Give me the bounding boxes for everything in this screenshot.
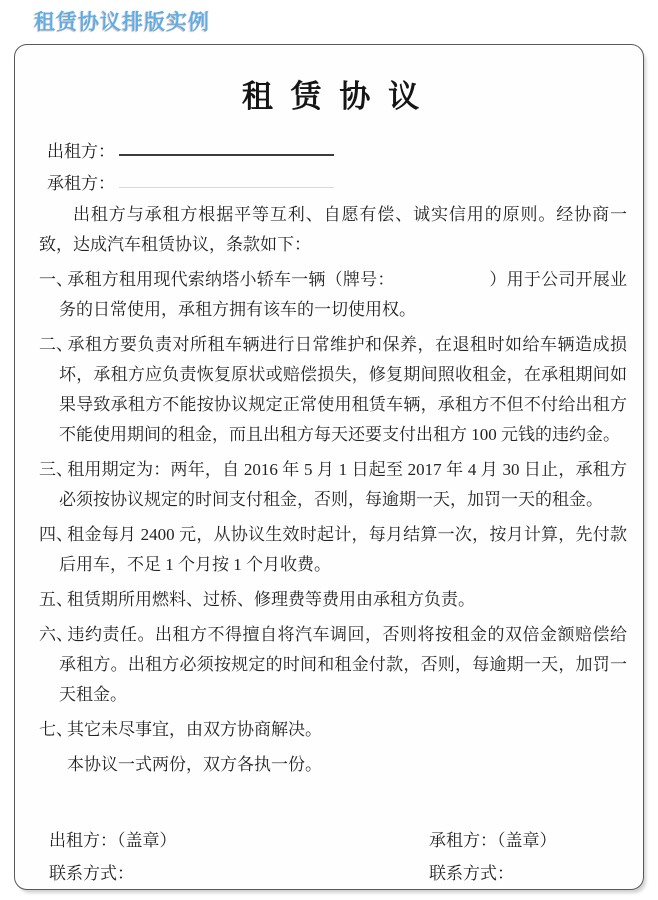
clause-6: 六、违约责任。出租方不得擅自将汽车调回，否则将按租金的双倍金额赔偿给承租方。出租… [39, 620, 627, 710]
lessor-blank-line [119, 154, 334, 156]
document-body: 出租方与承租方根据平等互利、自愿有偿、诚实信用的原则。经协商一致，达成汽车租赁协… [39, 200, 627, 780]
agreement-document: 租 赁 协 议 出租方： 承租方： 出租方与承租方根据平等互利、自愿有偿、诚实信… [14, 44, 644, 890]
document-title: 租 赁 协 议 [39, 71, 627, 116]
clause-4: 四、租金每月 2400 元，从协议生效时起计，每月结算一次，按月计算，先付款后用… [39, 520, 627, 580]
lessee-label: 承租方： [47, 169, 115, 194]
page-title: 租赁协议排版实例 [34, 6, 210, 36]
intro-paragraph: 出租方与承租方根据平等互利、自愿有偿、诚实信用的原则。经协商一致，达成汽车租赁协… [39, 200, 627, 260]
lessee-contact-label: 联系方式： [429, 857, 658, 890]
clause-4-text: 租金每月 2400 元，从协议生效时起计，每月结算一次，按月计算，先付款后用车，… [59, 525, 627, 574]
clause-5: 五、租赁期所用燃料、过桥、修理费等费用由承租方负责。 [39, 585, 627, 615]
lessor-seal-label: 出租方：（盖章） [49, 824, 309, 857]
clause-7: 七、其它未尽事宜，由双方协商解决。 [39, 715, 627, 745]
lessee-row: 承租方： [47, 162, 627, 194]
clause-3-marker: 三、 [39, 455, 67, 485]
clause-1-marker: 一、 [39, 265, 67, 295]
lessor-contact-label: 联系方式： [49, 857, 309, 890]
lessor-label: 出租方： [47, 137, 115, 162]
clause-2: 二、承租方要负责对所租车辆进行日常维护和保养，在退租时如给车辆造成损坏，承租方应… [39, 330, 627, 450]
clause-7-marker: 七、 [39, 715, 67, 745]
signature-block: 出租方：（盖章） 联系方式： 承租方：（盖章） 联系方式： [49, 824, 627, 890]
clause-4-marker: 四、 [39, 520, 67, 550]
clause-3: 三、租用期定为：两年，自 2016 年 5 月 1 日起至 2017 年 4 月… [39, 455, 627, 515]
lessor-row: 出租方： [47, 130, 627, 162]
clause-5-marker: 五、 [39, 585, 67, 615]
clause-5-text: 租赁期所用燃料、过桥、修理费等费用由承租方负责。 [67, 590, 475, 609]
clause-2-marker: 二、 [39, 330, 67, 360]
clause-2-text: 承租方要负责对所租车辆进行日常维护和保养，在退租时如给车辆造成损坏，承租方应负责… [59, 335, 627, 444]
clause-1: 一、承租方租用现代索纳塔小轿车一辆（牌号： ）用于公司开展业务的日常使用，承租方… [39, 265, 627, 325]
lessee-blank-line [119, 187, 334, 188]
clause-7-text: 其它未尽事宜，由双方协商解决。 [67, 720, 322, 739]
signature-lessee: 承租方：（盖章） 联系方式： [429, 824, 658, 890]
clause-1-text: 承租方租用现代索纳塔小轿车一辆（牌号： ）用于公司开展业务的日常使用，承租方拥有… [59, 270, 627, 319]
clause-6-text: 违约责任。出租方不得擅自将汽车调回，否则将按租金的双倍金额赔偿给承租方。出租方必… [59, 625, 627, 704]
signature-lessor: 出租方：（盖章） 联系方式： [49, 824, 309, 890]
lessee-seal-label: 承租方：（盖章） [429, 824, 658, 857]
closing-paragraph: 本协议一式两份，双方各执一份。 [67, 750, 627, 780]
clause-6-marker: 六、 [39, 620, 67, 650]
clause-3-text: 租用期定为：两年，自 2016 年 5 月 1 日起至 2017 年 4 月 3… [59, 460, 627, 509]
